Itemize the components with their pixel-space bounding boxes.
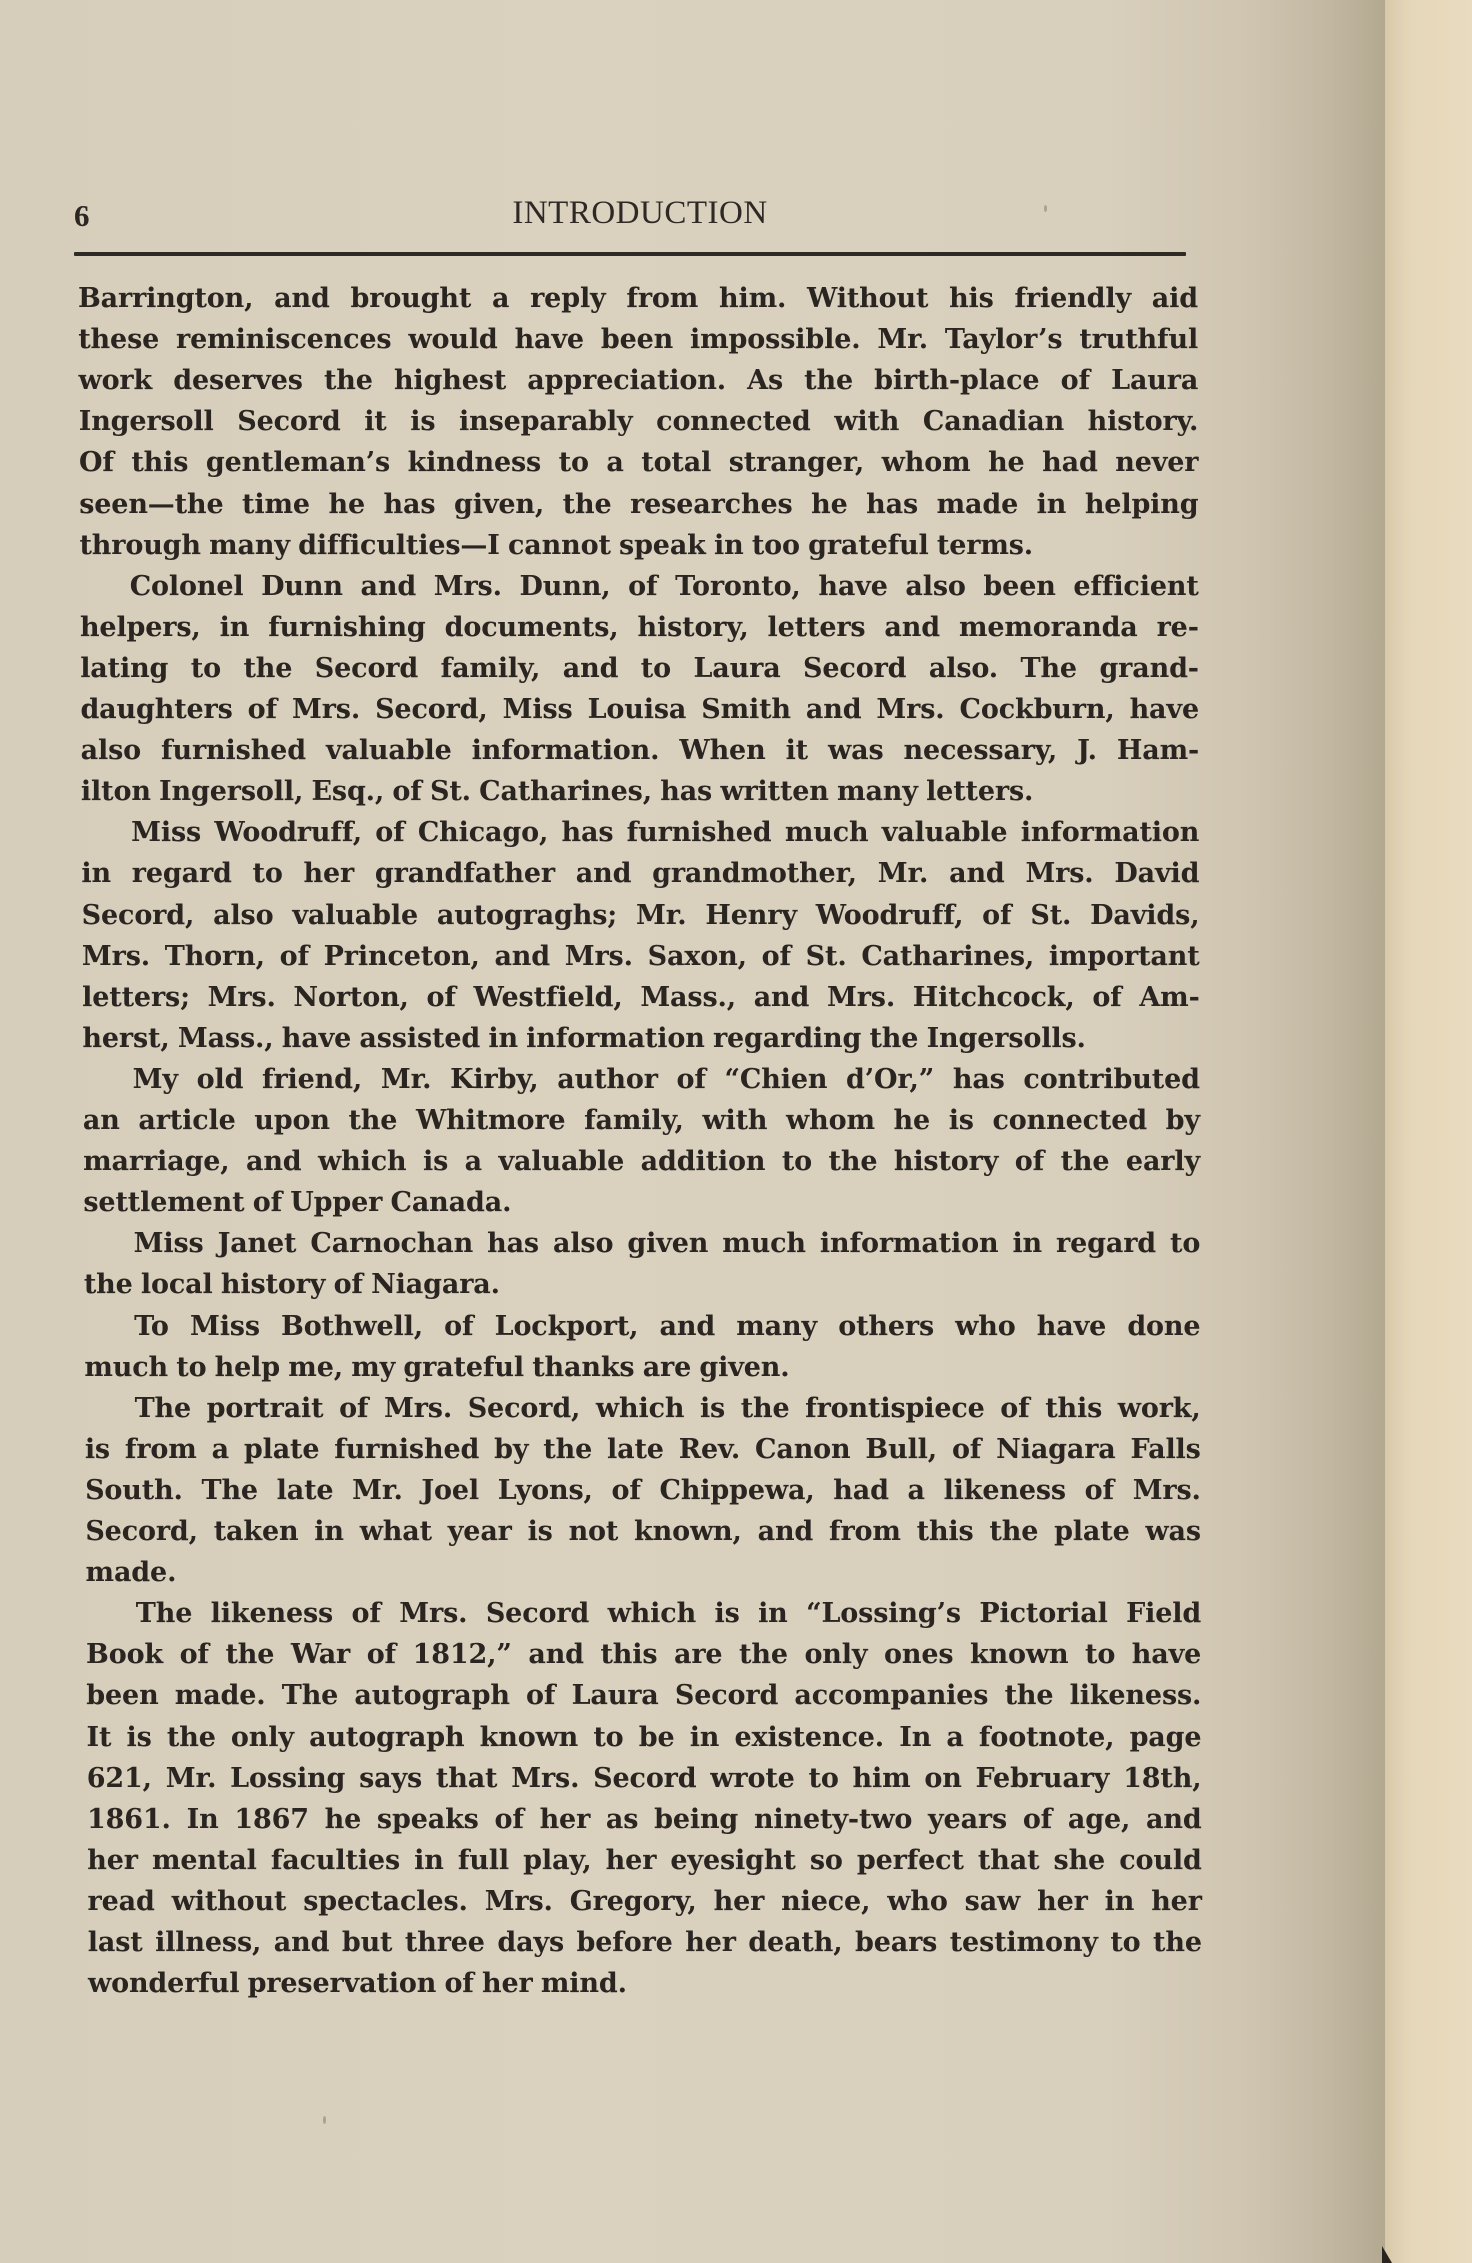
text-line: 621, Mr. Lossing says that Mrs. Secord w… [87, 1758, 1202, 1799]
text-line: The likeness of Mrs. Secord which is in … [136, 1593, 1201, 1634]
text-line: work deserves the highest appreciation. … [78, 360, 1198, 401]
adjacent-page-edge [1385, 0, 1472, 2263]
text-line: Miss Woodruff, of Chicago, has furnished… [131, 812, 1199, 853]
text-line: The portrait of Mrs. Secord, which is th… [135, 1388, 1201, 1429]
text-line: Secord, taken in what year is not known,… [85, 1511, 1201, 1552]
text-line: Ingersoll Secord it is inseparably conne… [79, 401, 1199, 442]
paper-speck [323, 2116, 326, 2124]
text-line: the local history of Niagara. [84, 1264, 1200, 1305]
text-line: daughters of Mrs. Secord, Miss Louisa Sm… [80, 689, 1199, 730]
text-line: Miss Janet Carnochan has also given much… [134, 1223, 1201, 1264]
text-line: lating to the Secord family, and to Laur… [80, 648, 1199, 689]
text-line: wonderful preservation of her mind. [88, 1963, 1202, 2004]
page-number: 6 [74, 198, 90, 234]
text-line: Book of the War of 1812,” and this are t… [86, 1634, 1201, 1675]
text-line: South. The late Mr. Joel Lyons, of Chipp… [85, 1470, 1201, 1511]
text-line: seen—the time he has given, the research… [79, 484, 1198, 525]
text-line: My old friend, Mr. Kirby, author of “Chi… [133, 1059, 1200, 1100]
text-line: last illness, and but three days before … [88, 1922, 1202, 1963]
text-line: settlement of Upper Canada. [83, 1182, 1200, 1223]
text-line: To Miss Bothwell, of Lockport, and many … [134, 1306, 1200, 1347]
text-line: an article upon the Whitmore family, wit… [83, 1100, 1200, 1141]
paper-speck [1044, 205, 1047, 212]
chapter-title: INTRODUCTION [494, 195, 786, 232]
text-line: much to help me, my grateful thanks are … [84, 1347, 1200, 1388]
text-line: 1861. In 1867 he speaks of her as being … [87, 1799, 1202, 1840]
text-line: It is the only autograph known to be in … [87, 1717, 1202, 1758]
text-line: marriage, and which is a valuable additi… [83, 1141, 1200, 1182]
text-line: read without spectacles. Mrs. Gregory, h… [88, 1881, 1202, 1922]
text-line: ilton Ingersoll, Esq., of St. Catharines… [81, 771, 1199, 812]
text-line: these reminiscences would have been impo… [78, 319, 1198, 360]
text-line: Mrs. Thorn, of Princeton, and Mrs. Saxon… [82, 936, 1200, 977]
text-line: Barrington, and brought a reply from him… [78, 278, 1198, 319]
text-line: Secord, also valuable autograghs; Mr. He… [82, 895, 1200, 936]
header-rule [74, 252, 1186, 256]
text-line: made. [86, 1552, 1201, 1593]
text-line: is from a plate furnished by the late Re… [85, 1429, 1201, 1470]
text-line: herst, Mass., have assisted in informati… [82, 1018, 1199, 1059]
text-line: Colonel Dunn and Mrs. Dunn, of Toronto, … [130, 566, 1199, 607]
text-line: letters; Mrs. Norton, of Westfield, Mass… [82, 977, 1200, 1018]
text-line: been made. The autograph of Laura Secord… [86, 1675, 1201, 1716]
page-corner-shadow [1382, 2246, 1392, 2263]
text-line: through many difficulties—I cannot speak… [79, 525, 1198, 566]
text-line: Of this gentleman’s kindness to a total … [79, 442, 1198, 483]
text-line: helpers, in furnishing documents, histor… [80, 607, 1199, 648]
text-line: in regard to her grandfather and grandmo… [81, 853, 1199, 894]
text-line: also furnished valuable information. Whe… [81, 730, 1199, 771]
text-line: her mental faculties in full play, her e… [87, 1840, 1201, 1881]
